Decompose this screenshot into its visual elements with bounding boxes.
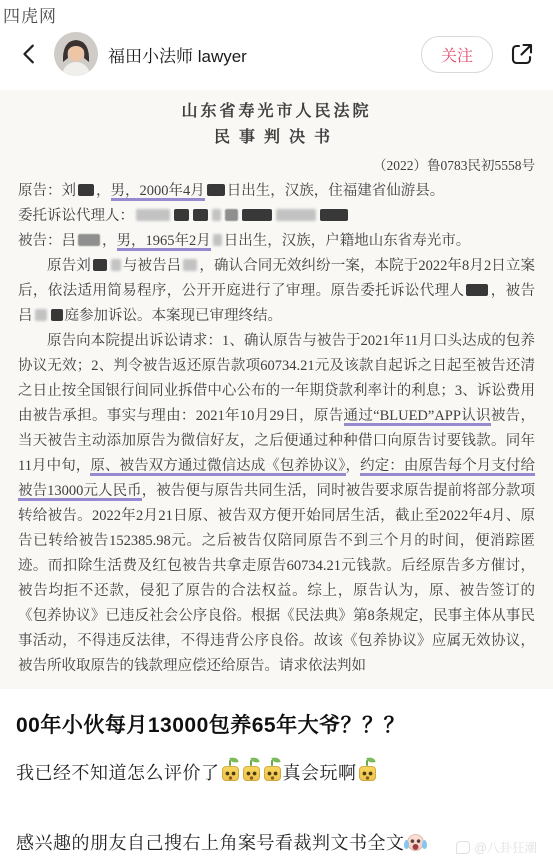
post-headline: 00年小伙每月13000包养65年大爷？？？ — [16, 709, 537, 739]
redaction-block — [78, 184, 94, 196]
username[interactable]: 福田小法师 lawyer — [108, 42, 247, 67]
redaction-block — [276, 209, 316, 221]
redaction-block — [111, 259, 121, 271]
redaction-block — [242, 209, 272, 221]
text-segment: 日出生，汉族，住福建省仙游县。 — [227, 183, 445, 199]
document-type: 民事判决书 — [18, 125, 535, 151]
author-watermark: @八卦狂潮 — [456, 838, 537, 856]
judgment-document-photo: 山东省寿光市人民法院 民事判决书 （2022）鲁0783民初5558号 原告：刘… — [0, 90, 553, 689]
text-segment: 原告刘 — [47, 258, 91, 274]
avatar-portrait — [54, 32, 98, 76]
text-segment: ， — [96, 183, 111, 199]
share-button[interactable] — [507, 39, 537, 69]
text-segment: 庭参加诉讼。本案现已审理终结。 — [65, 308, 283, 324]
sprout-emoji — [222, 766, 239, 781]
case-intro-paragraph: 原告刘与被告吕，确认合同无效纠纷一案，本院于2022年8月2日立案后，依法适用简… — [18, 254, 535, 329]
text-segment: 真会玩啊 — [283, 763, 357, 783]
underlined-text: 男，1965年2月 — [117, 233, 211, 251]
post-detail-page: 四虎网 福田小法师 lawyer 关注 — [0, 0, 553, 864]
plaintiff-line: 原告：刘，男，2000年4月日出生，汉族，住福建省仙游县。 — [18, 179, 535, 204]
cry-emoji — [407, 834, 424, 851]
redaction-block — [193, 209, 208, 221]
follow-button[interactable]: 关注 — [421, 36, 493, 73]
sprout-emoji — [359, 766, 376, 781]
text-segment: ，被告便与原告共同生活，同时被告要求原告提前将部分款项转给被告。2022年2月2… — [18, 483, 535, 674]
redaction-block — [35, 309, 47, 321]
redaction-block — [213, 234, 222, 246]
claims-paragraph: 原告向本院提出诉讼请求：1、确认原告与被告于2021年11月口头达成的包养协议无… — [18, 329, 535, 679]
sprout-emoji — [243, 766, 260, 781]
post-commentary: 00年小伙每月13000包养65年大爷？？？ 我已经不知道怎么评价了真会玩啊 感… — [0, 689, 553, 855]
header-bar: 福田小法师 lawyer 关注 — [0, 0, 553, 84]
redaction-block — [174, 209, 189, 221]
redaction-block — [466, 284, 488, 296]
site-watermark: 四虎网 — [3, 2, 57, 27]
text-segment: 日出生，汉族，户籍地山东省寿光市。 — [224, 233, 471, 249]
text-segment: 委托诉讼代理人： — [18, 208, 134, 224]
redaction-block — [78, 234, 100, 246]
redaction-block — [207, 184, 225, 196]
author-watermark-text: @八卦狂潮 — [474, 838, 537, 856]
underlined-text: 男，2000年4月 — [111, 183, 205, 201]
chevron-left-icon — [18, 54, 42, 69]
post-comment-line: 我已经不知道怎么评价了真会玩啊 — [16, 759, 537, 785]
text-segment: 我已经不知道怎么评价了 — [16, 763, 220, 783]
text-segment: 与被告吕 — [123, 258, 181, 274]
redaction-block — [183, 259, 197, 271]
redaction-block — [212, 209, 221, 221]
underlined-text: 原、被告双方通过微信达成《包养协议》 — [90, 458, 345, 476]
text-segment: 原告：刘 — [18, 183, 76, 199]
text-segment: ， — [346, 458, 361, 474]
court-name: 山东省寿光市人民法院 — [18, 100, 535, 124]
defendant-line: 被告：吕，男，1965年2月日出生，汉族，户籍地山东省寿光市。 — [18, 229, 535, 254]
underlined-text: 通过“BLUED”APP认识 — [344, 408, 491, 426]
redaction-block — [93, 259, 107, 271]
case-number: （2022）鲁0783民初5558号 — [18, 154, 535, 178]
redaction-block — [320, 209, 348, 221]
redaction-block — [136, 209, 170, 221]
text-segment: 被告：吕 — [18, 233, 76, 249]
share-icon — [509, 55, 535, 70]
back-button[interactable] — [14, 38, 46, 70]
sprout-emoji — [264, 766, 281, 781]
attorney-line: 委托诉讼代理人： — [18, 204, 535, 229]
text-segment: 感兴趣的朋友自己搜右上角案号看裁判文书全文 — [16, 833, 405, 853]
redaction-block — [225, 209, 238, 221]
weibo-watermark-icon — [456, 841, 470, 854]
avatar[interactable] — [54, 32, 98, 76]
redaction-block — [51, 309, 63, 321]
text-segment: ， — [102, 233, 117, 249]
